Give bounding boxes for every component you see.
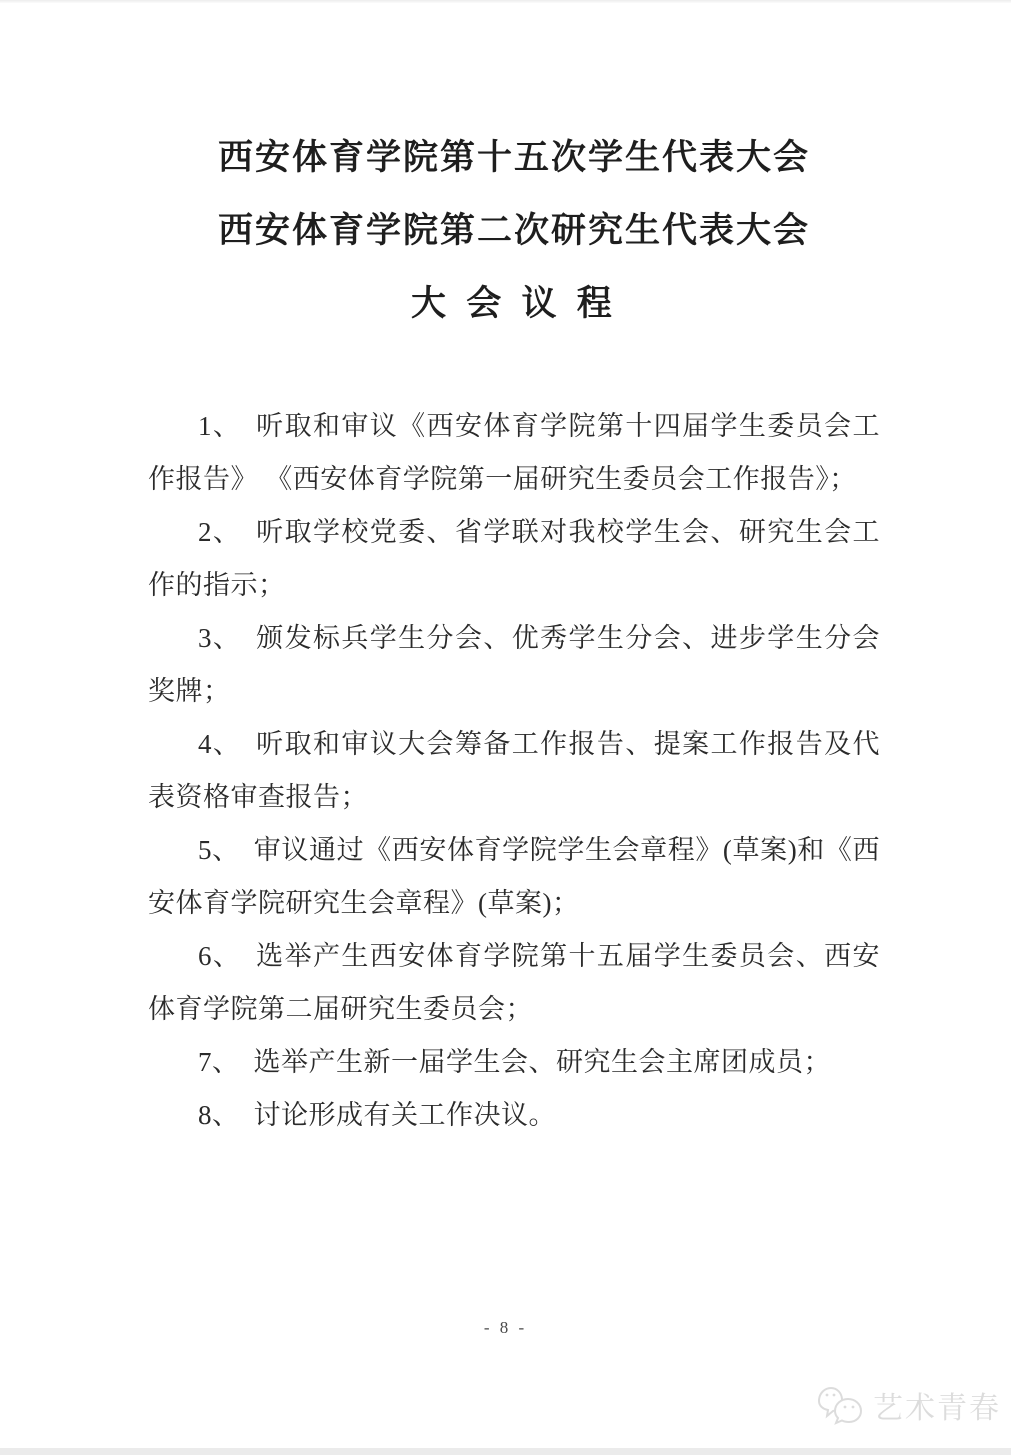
agenda-list: 1、 听取和审议《西安体育学院第十四届学生委员会工作报告》 《西安体育学院第一届… [148,400,880,1142]
document-title-line-1: 西安体育学院第十五次学生代表大会 [148,121,880,194]
agenda-item: 2、 听取学校党委、省学联对我校学生会、研究生会工作的指示； [148,506,880,612]
page-number: - 8 - [0,1318,1011,1338]
page-bottom-strip [0,1448,1011,1455]
agenda-item: 7、 选举产生新一届学生会、研究生会主席团成员； [148,1036,880,1089]
agenda-item: 3、 颁发标兵学生分会、优秀学生分会、进步学生分会奖牌； [148,612,880,718]
agenda-item: 4、 听取和审议大会筹备工作报告、提案工作报告及代表资格审查报告； [148,718,880,824]
agenda-item: 1、 听取和审议《西安体育学院第十四届学生委员会工作报告》 《西安体育学院第一届… [148,400,880,506]
document-title-line-3: 大 会 议 程 [148,267,880,340]
document-title-block: 西安体育学院第十五次学生代表大会 西安体育学院第二次研究生代表大会 大 会 议 … [148,121,880,340]
agenda-item: 5、 审议通过《西安体育学院学生会章程》(草案)和《西安体育学院研究生会章程》(… [148,824,880,930]
document-page: 西安体育学院第十五次学生代表大会 西安体育学院第二次研究生代表大会 大 会 议 … [148,121,880,1142]
page-top-edge [0,0,1011,3]
agenda-item: 6、 选举产生西安体育学院第十五届学生委员会、西安体育学院第二届研究生委员会； [148,930,880,1036]
chat-bubbles-icon [815,1383,865,1427]
agenda-item: 8、 讨论形成有关工作决议。 [148,1089,880,1142]
watermark-label: 艺术青春 [873,1383,1001,1427]
document-title-line-2: 西安体育学院第二次研究生代表大会 [148,194,880,267]
watermark: 艺术青春 [815,1383,1001,1427]
